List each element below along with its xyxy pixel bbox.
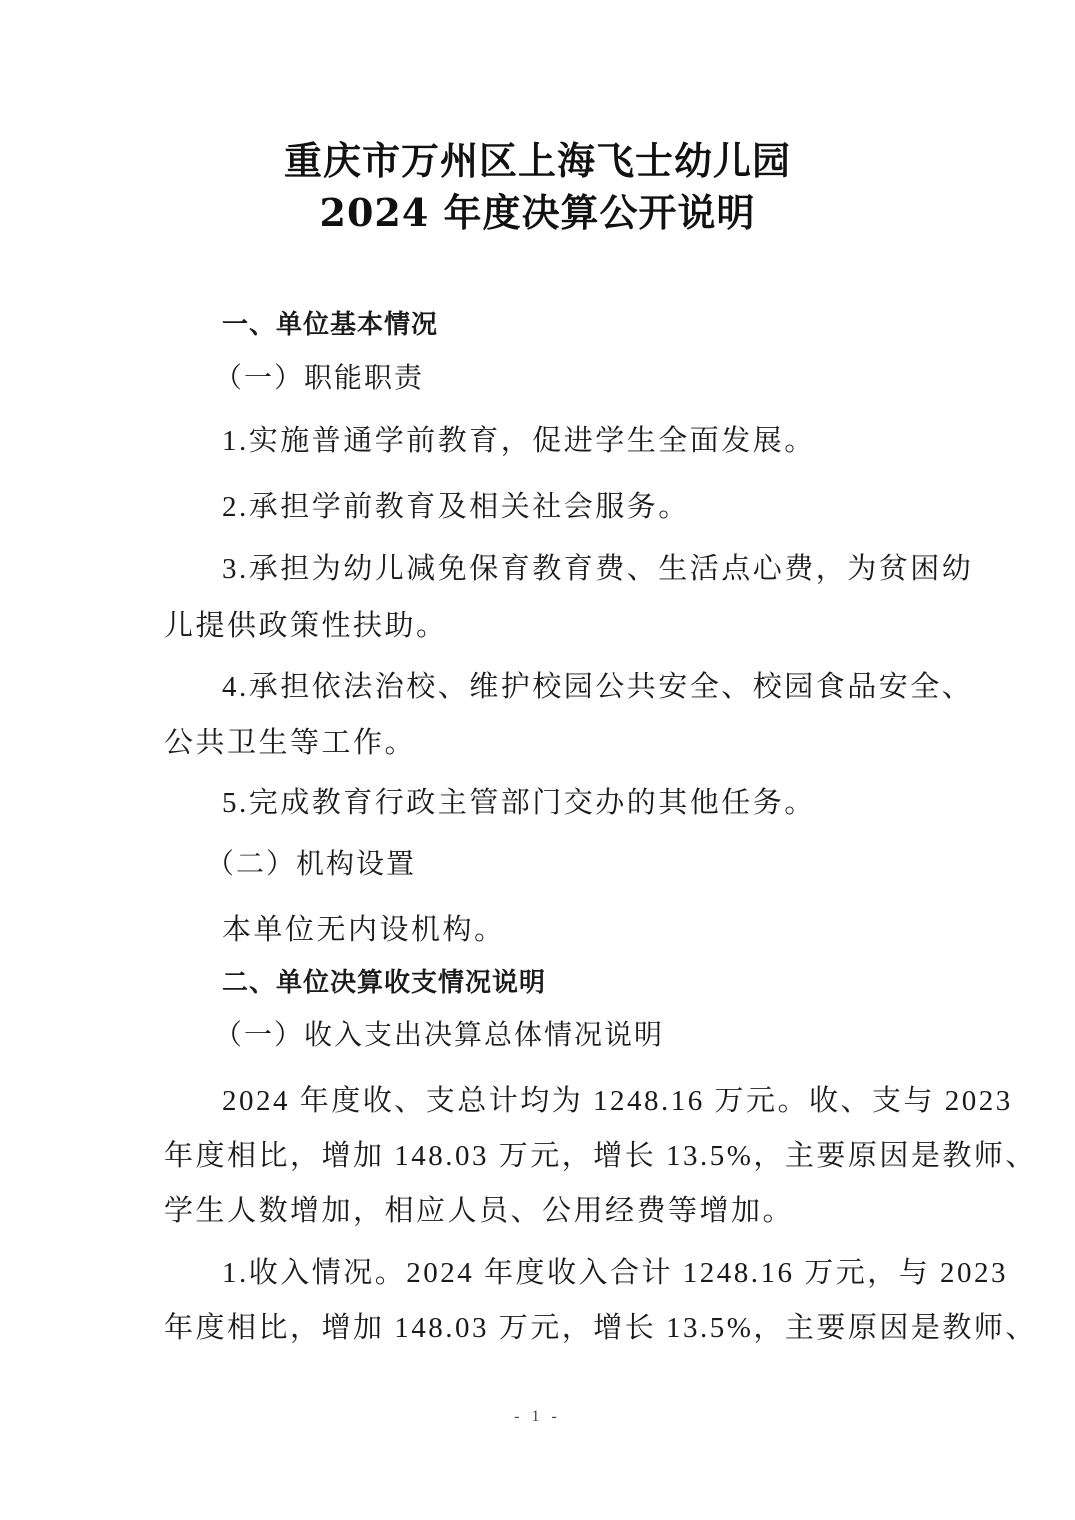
section1-heading: 一、单位基本情况 [222,308,438,342]
section1-sub2-heading: （二）机构设置 [206,848,416,882]
document-title-line1: 重庆市万州区上海飞士幼儿园 [0,136,1075,186]
duty-item-2: 2.承担学前教育及相关社会服务。 [222,490,690,524]
duty-item-4-cont: 公共卫生等工作。 [164,726,416,760]
overview-paragraph-line3: 学生人数增加，相应人员、公用经费等增加。 [164,1194,794,1228]
duty-item-4: 4.承担依法治校、维护校园公共安全、校园食品安全、 [222,670,973,704]
overview-paragraph-line2: 年度相比，增加 148.03 万元，增长 13.5%，主要原因是教师、 [164,1139,1037,1173]
document-page: 重庆市万州区上海飞士幼儿园 2024 年度决算公开说明 一、单位基本情况 （一）… [0,0,1075,1520]
document-title-line2: 2024 年度决算公开说明 [0,188,1075,238]
section1-sub1-heading: （一）职能职责 [214,362,424,396]
duty-item-3: 3.承担为幼儿减免保育教育费、生活点心费，为贫困幼 [222,552,973,586]
income-paragraph-line1: 1.收入情况。2024 年度收入合计 1248.16 万元，与 2023 [222,1256,1008,1290]
duty-item-5: 5.完成教育行政主管部门交办的其他任务。 [222,786,816,820]
org-structure-text: 本单位无内设机构。 [222,913,506,947]
page-number: - 1 - [0,1408,1075,1426]
section2-sub1-heading: （一）收入支出决算总体情况说明 [214,1019,664,1053]
section2-heading: 二、单位决算收支情况说明 [222,966,546,1000]
duty-item-3-cont: 儿提供政策性扶助。 [164,609,448,643]
income-paragraph-line2: 年度相比，增加 148.03 万元，增长 13.5%，主要原因是教师、 [164,1311,1037,1345]
duty-item-1: 1.实施普通学前教育，促进学生全面发展。 [222,424,816,458]
overview-paragraph-line1: 2024 年度收、支总计均为 1248.16 万元。收、支与 2023 [222,1084,1013,1118]
